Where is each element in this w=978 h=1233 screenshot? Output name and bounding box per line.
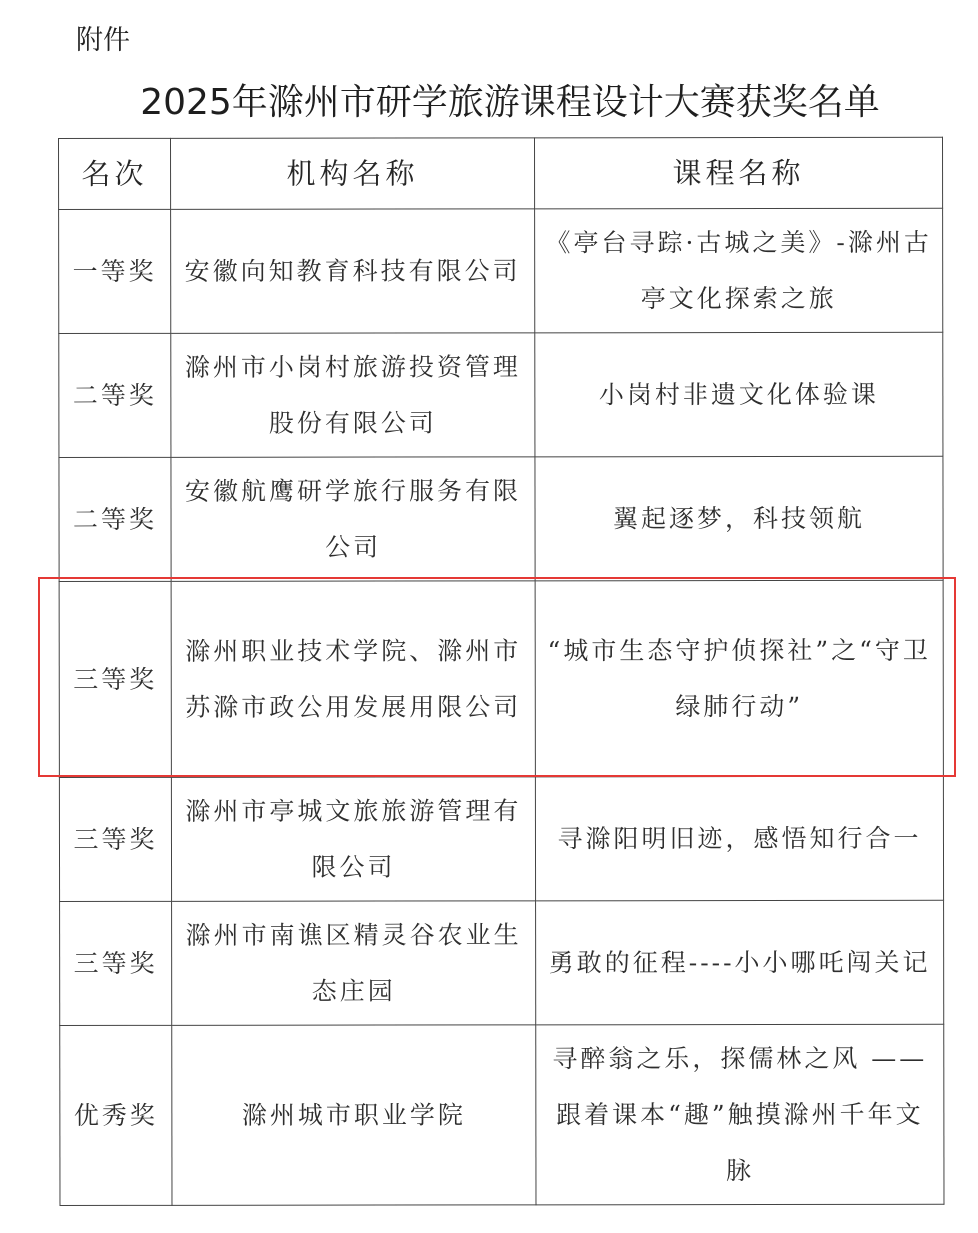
table-row: 一等奖 安徽向知教育科技有限公司 《亭台寻踪·古城之美》-滁州古亭文化探索之旅: [59, 208, 943, 333]
header-rank: 名次: [59, 138, 171, 209]
cell-course: “城市生态守护侦探社”之“守卫绿肺行动”: [535, 580, 943, 777]
cell-organization: 安徽向知教育科技有限公司: [171, 209, 535, 334]
cell-rank: 三等奖: [59, 777, 171, 901]
cell-organization: 滁州市亭城文旅旅游管理有限公司: [171, 777, 535, 902]
cell-course: 小岗村非遗文化体验课: [535, 332, 943, 457]
attachment-label: 附件: [76, 18, 130, 57]
cell-course: 寻醉翁之乐，探儒林之风 ——跟着课本“趣”触摸滁州千年文脉: [536, 1024, 944, 1205]
cell-organization: 滁州市小岗村旅游投资管理股份有限公司: [171, 333, 535, 458]
cell-organization: 滁州职业技术学院、滁州市苏滁市政公用发展用限公司: [171, 581, 535, 778]
header-course: 课程名称: [535, 137, 943, 209]
cell-rank: 二等奖: [59, 333, 171, 457]
cell-rank: 优秀奖: [60, 1025, 172, 1205]
cell-course: 翼起逐梦，科技领航: [535, 456, 943, 581]
cell-rank: 一等奖: [59, 209, 171, 333]
award-table: 名次 机构名称 课程名称 一等奖 安徽向知教育科技有限公司 《亭台寻踪·古城之美…: [58, 137, 944, 1206]
cell-organization: 安徽航鹰研学旅行服务有限公司: [171, 457, 535, 582]
cell-course: 《亭台寻踪·古城之美》-滁州古亭文化探索之旅: [535, 208, 943, 333]
cell-organization: 滁州市南谯区精灵谷农业生态庄园: [172, 901, 536, 1026]
cell-course: 勇敢的征程----小小哪吒闯关记: [536, 900, 944, 1025]
table-header-row: 名次 机构名称 课程名称: [59, 137, 943, 209]
cell-rank: 二等奖: [59, 457, 171, 581]
cell-course: 寻滁阳明旧迹，感悟知行合一: [535, 776, 943, 901]
table-row-highlighted: 三等奖 滁州职业技术学院、滁州市苏滁市政公用发展用限公司 “城市生态守护侦探社”…: [59, 580, 943, 777]
document-title: 2025年滁州市研学旅游课程设计大赛获奖名单: [0, 74, 978, 125]
table-row: 二等奖 滁州市小岗村旅游投资管理股份有限公司 小岗村非遗文化体验课: [59, 332, 943, 457]
table-row: 三等奖 滁州市亭城文旅旅游管理有限公司 寻滁阳明旧迹，感悟知行合一: [59, 776, 943, 901]
table-row: 二等奖 安徽航鹰研学旅行服务有限公司 翼起逐梦，科技领航: [59, 456, 943, 581]
table-row: 三等奖 滁州市南谯区精灵谷农业生态庄园 勇敢的征程----小小哪吒闯关记: [60, 900, 944, 1025]
table-row: 优秀奖 滁州城市职业学院 寻醉翁之乐，探儒林之风 ——跟着课本“趣”触摸滁州千年…: [60, 1024, 944, 1205]
cell-organization: 滁州城市职业学院: [172, 1025, 536, 1206]
header-organization: 机构名称: [171, 138, 535, 210]
cell-rank: 三等奖: [60, 901, 172, 1025]
cell-rank: 三等奖: [59, 581, 171, 777]
